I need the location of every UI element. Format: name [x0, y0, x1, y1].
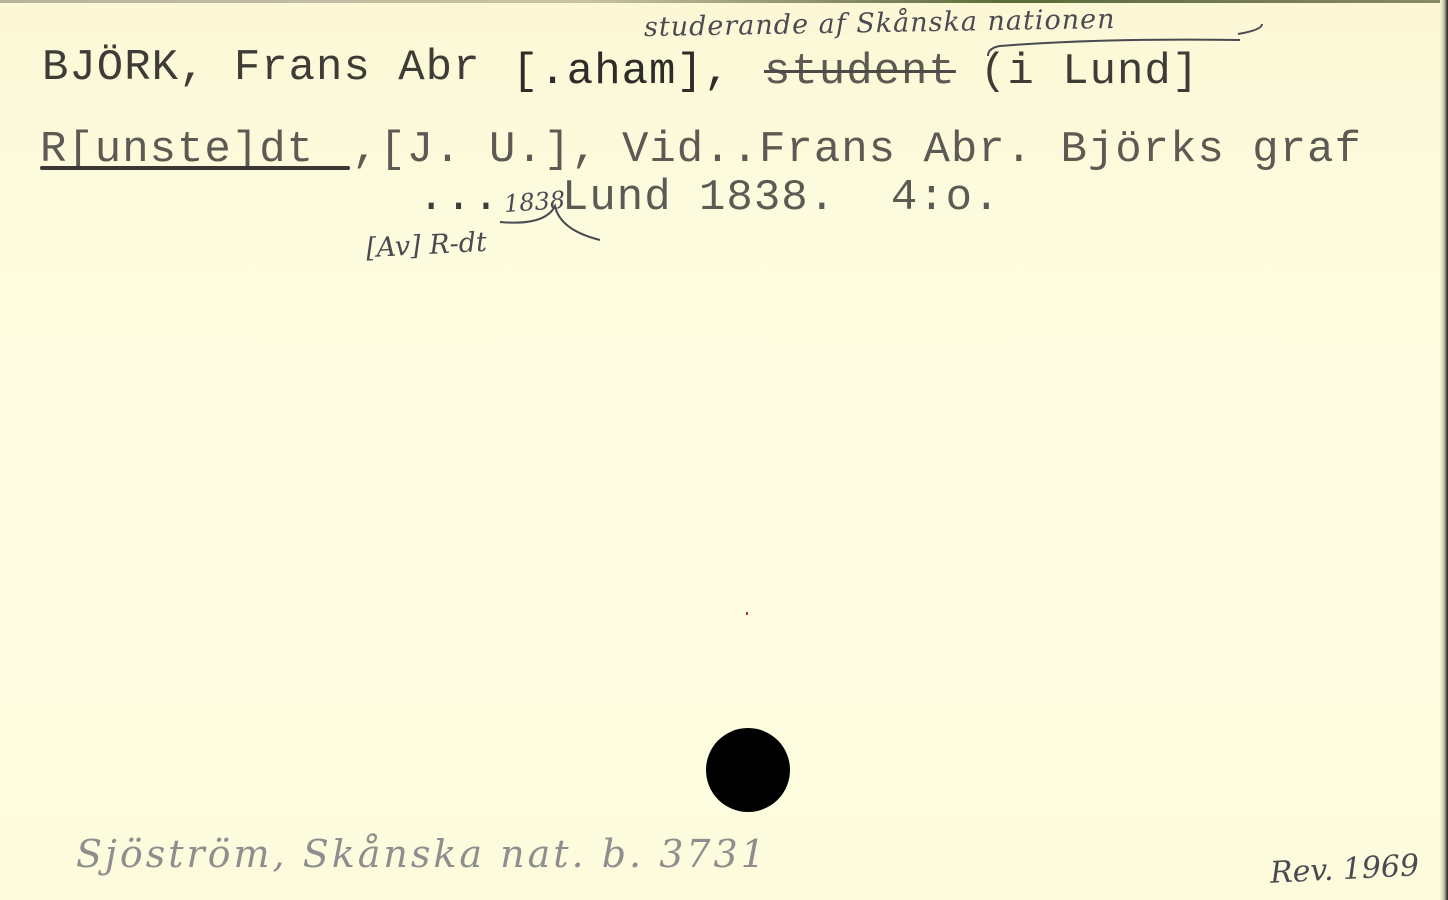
handwritten-footer-reference: Sjöström, Skånska nat. b. 3731 [76, 832, 768, 876]
catalog-card: studerande af Skånska nationen BJÖRK, Fr… [0, 0, 1448, 900]
paper-speck [746, 612, 748, 615]
punch-hole [706, 728, 790, 812]
